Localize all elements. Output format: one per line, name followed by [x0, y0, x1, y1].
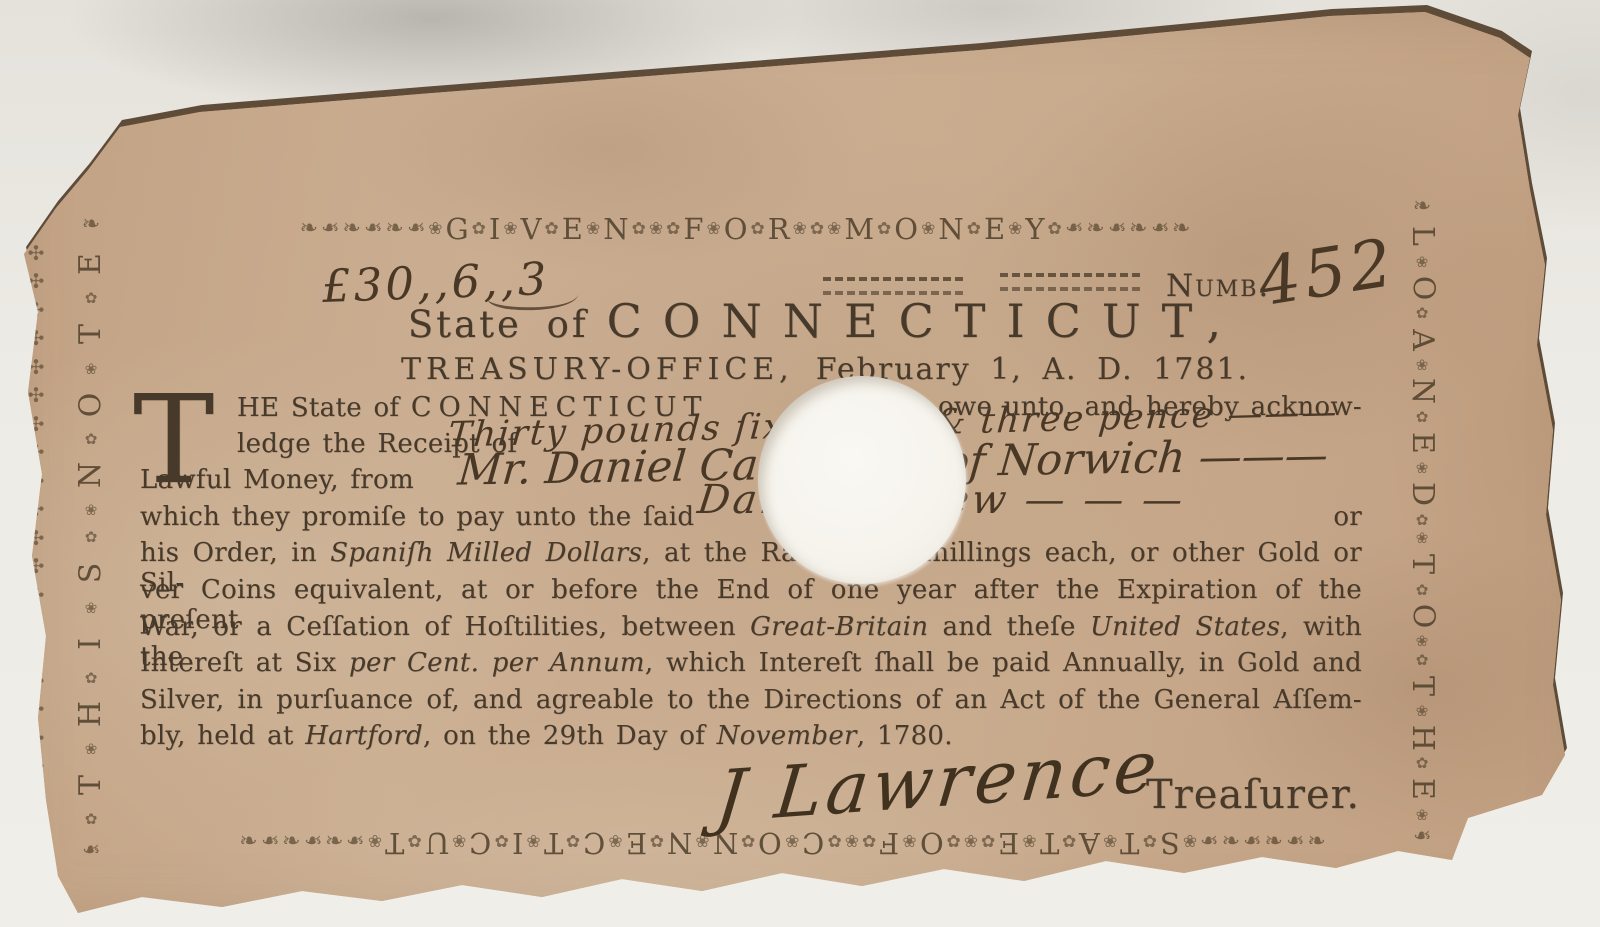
rosette-icon: ❀	[1416, 255, 1429, 270]
cross-rosette-icon: ✣	[28, 499, 45, 519]
rule-ornament-right	[1000, 273, 1140, 291]
border-letter: N	[76, 462, 106, 488]
rosette-icon: ✿	[85, 671, 98, 686]
fleuron-icon: ❧	[1413, 196, 1431, 218]
rosette-icon: ✿	[877, 221, 891, 238]
rosette-icon: ❀	[785, 834, 799, 851]
border-letter: H	[76, 701, 106, 727]
body-line: Intereſt at Six per Cent. per Annum, whi…	[140, 648, 1362, 685]
border-letter: N	[667, 828, 692, 857]
text-segment: Lawful Money, from	[140, 465, 414, 495]
border-letter: A	[1407, 329, 1437, 351]
fleuron-icon: ❧	[321, 218, 339, 240]
treasury-note-photo: ❧❧❧❧❧❧❀G✿I❀V✿E❀N✿❀✿F❀O✿R❀✿❀M✿O❀N✿E❀Y✿❧❧❧…	[0, 0, 1600, 927]
cross-rosette-icon: ✣	[28, 414, 45, 434]
rosette-icon: ❀	[695, 834, 709, 851]
fleuron-icon: ❧	[1151, 218, 1169, 240]
cross-rosette-icon: ✣	[28, 471, 45, 491]
border-letter: C	[469, 828, 491, 857]
rosette-icon: ✿	[981, 834, 995, 851]
border-letter: H	[1407, 724, 1437, 750]
rosette-icon: ❀	[85, 362, 98, 377]
border-letter: A	[1079, 828, 1100, 857]
rosette-icon: ✿	[751, 221, 765, 238]
fleuron-icon: ❧	[346, 831, 364, 853]
cross-rosette-icon: ✣	[28, 357, 45, 377]
border-left-letter-column: ❧E✿T❀O✿N❀✿S❀I✿H❀T✿❧	[62, 214, 120, 862]
rosette-icon: ✿	[967, 221, 981, 238]
rosette-icon: ✿	[810, 221, 824, 238]
rosette-icon: ✿	[632, 221, 646, 238]
fleuron-icon: ❧	[1108, 218, 1126, 240]
rosette-icon: ❀	[452, 834, 466, 851]
rosette-icon: ❀	[1416, 531, 1429, 546]
border-letter: O	[724, 215, 748, 244]
cross-rosette-icon: ✣	[28, 214, 45, 234]
border-letter: L	[1407, 226, 1437, 246]
fleuron-icon: ❧	[304, 831, 322, 853]
rosette-icon: ❀	[1416, 461, 1429, 476]
cross-rosette-icon: ✣	[28, 442, 45, 462]
rosette-icon: ❀	[428, 221, 442, 238]
cross-rosette-icon: ✣	[28, 785, 45, 805]
body-line: ver Coins equivalent, at or before the E…	[140, 575, 1362, 612]
border-left-rosette-column: ✣✣✣✣✣✣✣✣✣✣✣✣✣✣✣✣✣✣✣✣✣✣✣	[16, 214, 56, 862]
rosette-icon: ❀	[921, 221, 935, 238]
border-letter: E	[562, 215, 583, 244]
text-segment: Silver, in purſuance of, and agreable to…	[140, 685, 1362, 715]
fleuron-icon: ❧	[1222, 831, 1240, 853]
text-segment: and theſe	[928, 612, 1090, 642]
border-letter: O	[1407, 276, 1437, 301]
rosette-icon: ✿	[828, 834, 842, 851]
rosette-icon: ❀	[1183, 834, 1197, 851]
border-letter: I	[489, 215, 500, 244]
text-segment: , on the 29th Day of	[423, 721, 717, 751]
rosette-icon: ❀	[85, 742, 98, 757]
rosette-icon: ❀	[526, 834, 540, 851]
fleuron-icon: ❧	[364, 218, 382, 240]
border-letter: O	[920, 828, 944, 857]
text-segment: Intereſt at Six	[140, 648, 349, 678]
fleuron-icon: ❧	[1065, 218, 1083, 240]
paper-sheet: ❧❧❧❧❧❧❀G✿I❀V✿E❀N✿❀✿F❀O✿R❀✿❀M✿O❀N✿E❀Y✿❧❧❧…	[0, 0, 1600, 927]
cross-rosette-icon: ✣	[28, 613, 45, 633]
fleuron-icon: ❧	[1264, 831, 1282, 853]
rosette-icon: ✿	[85, 291, 98, 306]
fleuron-icon: ❧	[1243, 831, 1261, 853]
text-segment: War, or a Ceſſation of Hoſtilities, betw…	[140, 612, 750, 642]
border-letter: T	[1407, 554, 1437, 574]
rosette-icon: ❀	[827, 221, 841, 238]
line-left: which they promiſe to pay unto the ſaid	[140, 502, 694, 539]
border-letter: E	[984, 215, 1005, 244]
cross-rosette-icon: ✣	[28, 728, 45, 748]
rosette-icon: ❀	[586, 221, 600, 238]
rosette-icon: ✿	[1416, 410, 1429, 425]
cross-rosette-icon: ✣	[28, 243, 45, 263]
rosette-icon: ❀	[845, 834, 859, 851]
border-letter: E	[626, 828, 647, 857]
border-letter: D	[1407, 482, 1437, 506]
cross-rosette-icon: ✣	[28, 671, 45, 691]
border-letter: S	[76, 563, 106, 584]
cross-rosette-icon: ✣	[28, 699, 45, 719]
fleuron-icon: ❧	[325, 831, 343, 853]
text-segment: bly, held at	[140, 721, 305, 751]
rosette-icon: ✿	[1416, 653, 1429, 668]
rosette-icon: ✿	[85, 530, 98, 545]
text-segment: Hartford	[305, 721, 423, 751]
text-segment: TREASURY-OFFICE,	[401, 352, 794, 387]
border-letter: G	[445, 215, 468, 244]
rosette-icon: ❀	[1416, 704, 1429, 719]
border-letter: C	[583, 828, 605, 857]
fleuron-icon: ❧	[82, 214, 100, 236]
punch-hole	[758, 376, 966, 584]
border-letter: Y	[1025, 215, 1044, 244]
fleuron-icon: ❧	[1200, 831, 1218, 853]
fleuron-icon: ❧	[342, 218, 360, 240]
text-segment: , which Intereſt ſhall be paid Annually,…	[645, 648, 1362, 678]
fleuron-icon: ❧	[300, 218, 318, 240]
rule-ornament-left	[823, 277, 963, 295]
border-left: ✣✣✣✣✣✣✣✣✣✣✣✣✣✣✣✣✣✣✣✣✣✣✣ ❧E✿T❀O✿N❀✿S❀I✿H❀…	[16, 214, 120, 862]
border-letter: E	[1407, 778, 1437, 800]
rosette-icon: ✿	[1143, 834, 1157, 851]
rosette-icon: ❀	[1416, 808, 1429, 823]
rosette-icon: ❀	[793, 221, 807, 238]
border-letter: F	[683, 215, 703, 244]
rosette-icon: ✿	[1416, 306, 1429, 321]
rosette-icon: ✿	[1062, 834, 1076, 851]
border-letter: M	[844, 215, 874, 244]
fleuron-icon: ❧	[282, 831, 300, 853]
rosette-icon: ❀	[1416, 634, 1429, 649]
border-letter: T	[1040, 828, 1059, 857]
border-letter: T	[544, 828, 563, 857]
text-segment: HE State of	[237, 393, 411, 423]
rosette-icon: ❀	[706, 221, 720, 238]
cross-rosette-icon: ✣	[28, 528, 45, 548]
border-letter: E	[998, 828, 1019, 857]
rosette-icon: ❀	[608, 834, 622, 851]
treasurer-title: Treaſurer.	[1146, 772, 1360, 818]
rosette-icon: ❀	[902, 834, 916, 851]
border-letter: R	[768, 215, 790, 244]
fleuron-icon: ❧	[1307, 831, 1325, 853]
rosette-icon: ✿	[85, 812, 98, 827]
rosette-icon: ❀	[85, 503, 98, 518]
border-letter: T	[76, 774, 106, 794]
border-letter: T	[76, 324, 106, 344]
border-letter: E	[76, 253, 106, 275]
fleuron-icon: ❧	[261, 831, 279, 853]
cross-rosette-icon: ✣	[28, 556, 45, 576]
rosette-icon: ❀	[1103, 834, 1117, 851]
cross-rosette-icon: ✣	[28, 756, 45, 776]
border-letter: N	[938, 215, 963, 244]
rosette-icon: ✿	[862, 834, 876, 851]
fleuron-icon: ❧	[239, 831, 257, 853]
fleuron-icon: ❧	[1413, 826, 1431, 848]
rosette-icon: ✿	[946, 834, 960, 851]
border-letter: F	[879, 828, 899, 857]
rosette-icon: ❀	[964, 834, 978, 851]
rosette-icon: ✿	[407, 834, 421, 851]
border-letter: N	[603, 215, 628, 244]
cross-rosette-icon: ✣	[28, 328, 45, 348]
rosette-icon: ❀	[1416, 358, 1429, 373]
rosette-icon: ✿	[1416, 756, 1429, 771]
line-right: or	[1333, 502, 1362, 539]
border-top: ❧❧❧❧❧❧❀G✿I❀V✿E❀N✿❀✿F❀O✿R❀✿❀M✿O❀N✿E❀Y✿❧❧❧…	[95, 206, 1395, 252]
text-segment: his Order, in	[140, 538, 330, 568]
fleuron-icon: ❧	[1086, 218, 1104, 240]
body-line: War, or a Ceſſation of Hoſtilities, betw…	[140, 612, 1362, 649]
fleuron-icon: ❧	[1129, 218, 1147, 240]
rosette-icon: ❀	[85, 601, 98, 616]
border-letter: I	[512, 828, 523, 857]
cross-rosette-icon: ✣	[28, 385, 45, 405]
fleuron-icon: ❧	[1286, 831, 1304, 853]
border-letter: S	[1160, 828, 1180, 857]
rosette-icon: ✿	[545, 221, 559, 238]
title-connecticut: CONNECTICUT,	[607, 294, 1243, 348]
rosette-icon: ❀	[1008, 221, 1022, 238]
cross-rosette-icon: ✣	[28, 300, 45, 320]
cross-rosette-icon: ✣	[28, 271, 45, 291]
border-letter: O	[894, 215, 918, 244]
border-letter: T	[385, 828, 404, 857]
rosette-icon: ✿	[1416, 583, 1429, 598]
rosette-icon: ❀	[503, 221, 517, 238]
text-segment: or	[1333, 502, 1362, 532]
border-letter: T	[1407, 676, 1437, 696]
border-letter: I	[76, 638, 106, 650]
title-state-of: State of	[408, 303, 589, 346]
cross-rosette-icon: ✣	[28, 813, 45, 833]
handwritten-amount: £30,,6,,3	[321, 252, 550, 313]
border-letter: O	[76, 392, 106, 417]
rosette-icon: ❀	[1022, 834, 1036, 851]
border-letter: O	[1407, 604, 1437, 629]
cross-rosette-icon: ✣	[28, 642, 45, 662]
fleuron-icon: ❧	[1172, 218, 1190, 240]
border-letter: N	[1407, 378, 1437, 404]
rosette-icon: ✿	[566, 834, 580, 851]
fleuron-icon: ❧	[82, 840, 100, 862]
fleuron-icon: ❧	[385, 218, 403, 240]
rosette-icon: ✿	[650, 834, 664, 851]
text-segment: which they promiſe to pay unto the ſaid	[140, 502, 694, 532]
rosette-icon: ❀	[368, 834, 382, 851]
body-line: his Order, in Spaniſh Milled Dollars, at…	[140, 538, 1362, 575]
rosette-icon: ✿	[495, 834, 509, 851]
border-letter: T	[1120, 828, 1139, 857]
border-letter: V	[521, 215, 542, 244]
fleuron-icon: ❧	[407, 218, 425, 240]
border-letter: U	[425, 828, 449, 857]
rosette-icon: ❀	[649, 221, 663, 238]
rosette-icon: ✿	[1416, 513, 1429, 528]
rosette-icon: ✿	[472, 221, 486, 238]
rosette-icon: ✿	[666, 221, 680, 238]
text-segment: Spaniſh Milled Dollars	[330, 538, 642, 568]
text-segment: United States	[1090, 612, 1280, 642]
border-letter: E	[1407, 432, 1437, 454]
cross-rosette-icon: ✣	[28, 585, 45, 605]
cross-rosette-icon: ✣	[28, 842, 45, 862]
rosette-icon: ✿	[85, 432, 98, 447]
rosette-icon: ✿	[1048, 221, 1062, 238]
text-segment: per Cent. per Annum	[349, 648, 645, 678]
text-segment: Great-Britain	[750, 612, 928, 642]
body-line: Silver, in purſuance of, and agreable to…	[140, 685, 1362, 722]
